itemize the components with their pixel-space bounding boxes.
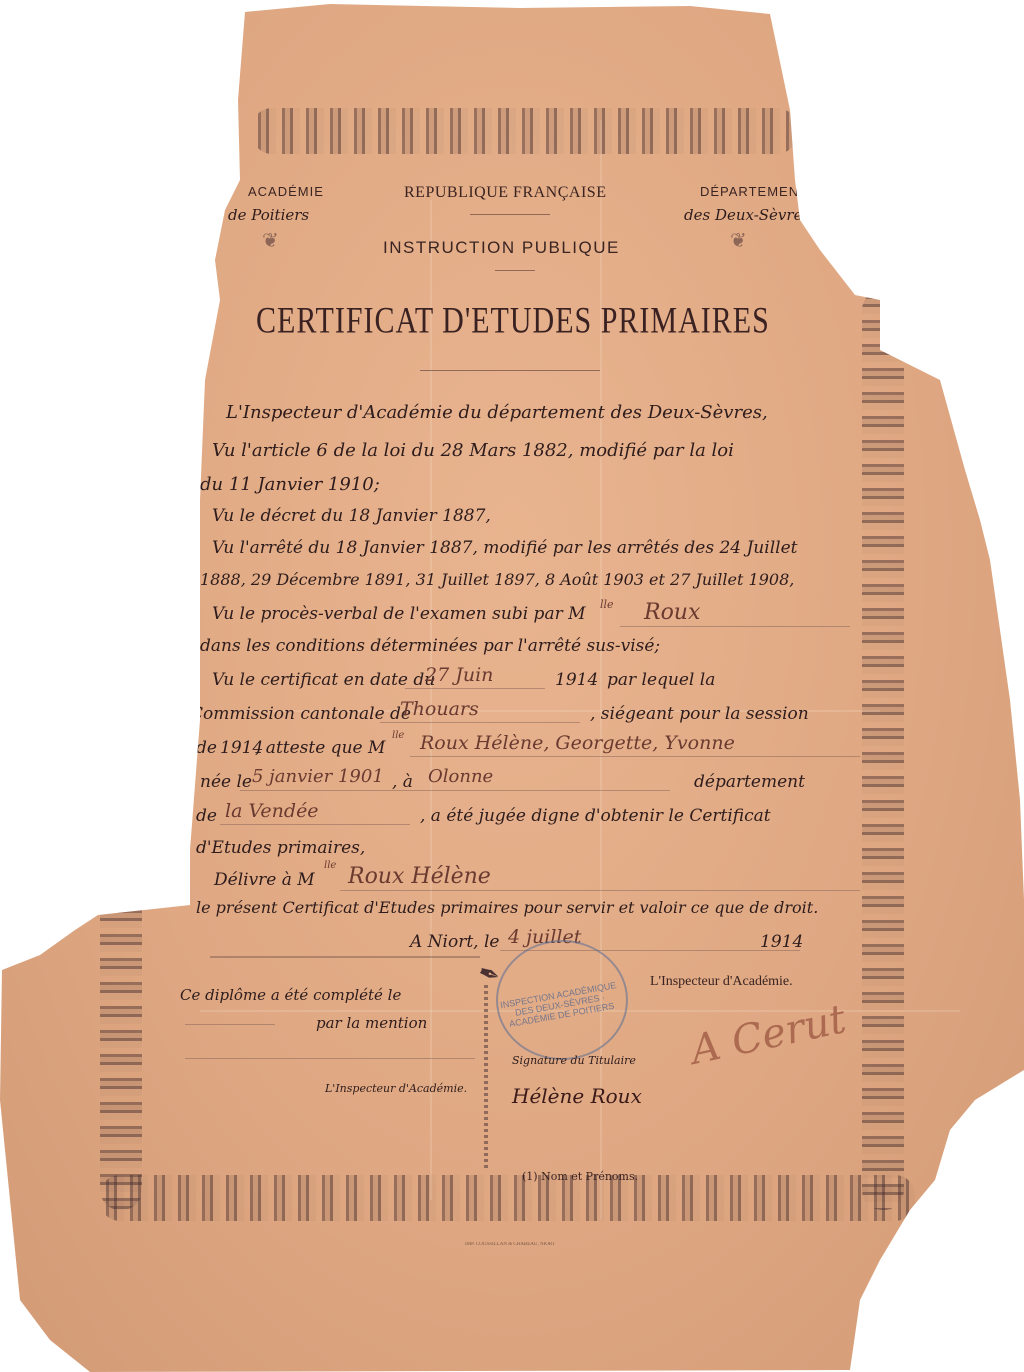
fill-line: [620, 626, 850, 627]
right-inspector-label: L'Inspecteur d'Académie.: [650, 974, 793, 990]
fill-line: [380, 722, 580, 723]
scroll-ornament-icon: ❦: [262, 228, 279, 253]
mention-line: par la mention: [316, 1014, 427, 1032]
republique-heading: REPUBLIQUE FRANÇAISE: [404, 184, 606, 202]
fill-line: [185, 1024, 275, 1025]
fill-line: [220, 824, 410, 825]
body-line: du 11 Janvier 1910;: [200, 474, 380, 495]
body-line: de: [196, 738, 217, 758]
body-line: L'Inspecteur d'Académie du département d…: [226, 402, 768, 423]
body-line: d'Etudes primaires,: [196, 838, 365, 858]
ornamental-border-right: [862, 290, 904, 1210]
ornamental-border-bottom: [100, 1175, 915, 1221]
handwritten-birth-date: 5 janvier 1901: [252, 766, 384, 787]
body-line: 1888, 29 Décembre 1891, 31 Juillet 1897,…: [200, 570, 794, 589]
academie-label: ACADÉMIE: [248, 184, 324, 199]
chain-divider: [210, 956, 480, 958]
ornamental-border-left: [100, 880, 142, 1210]
body-line: , à: [392, 772, 413, 792]
handwritten-department: la Vendée: [225, 800, 319, 822]
instruction-publique-heading: INSTRUCTION PUBLIQUE: [383, 238, 620, 258]
chain-divider-vertical: [484, 985, 488, 1170]
body-line: Vu le procès-verbal de l'examen subi par…: [212, 604, 586, 624]
title-divider: [420, 370, 600, 371]
handwritten-surname: Roux: [644, 600, 700, 625]
certificate-title: CERTIFICAT D'ETUDES PRIMAIRES: [256, 300, 770, 343]
handwritten-title: lle: [600, 598, 614, 611]
body-line: Délivre à M: [214, 870, 315, 890]
body-line: Vu le certificat en date du: [212, 670, 435, 690]
body-line: Vu le décret du 18 Janvier 1887,: [212, 506, 491, 526]
body-line: dans les conditions déterminées par l'ar…: [200, 636, 660, 656]
fill-line: [405, 688, 545, 689]
body-line: , atteste que M: [255, 738, 385, 758]
left-inspector-label: L'Inspecteur d'Académie.: [325, 1082, 467, 1095]
handwritten-title: lle: [324, 860, 336, 871]
holder-signature-label: Signature du Titulaire: [512, 1054, 636, 1067]
printer-imprint: IMP. COUSSILLAN & CHABEAU, NIORT: [465, 1242, 555, 1247]
handwritten-canton: Thouars: [400, 698, 479, 720]
body-line: Vu l'article 6 de la loi du 28 Mars 1882…: [212, 440, 734, 461]
body-line: Vu l'arrêté du 18 Janvier 1887, modifié …: [212, 538, 797, 558]
body-line: née le: [200, 772, 252, 792]
handwritten-birth-place: Olonne: [428, 766, 493, 787]
completion-line: Ce diplôme a été complété le: [180, 986, 401, 1004]
scroll-ornament-icon: ❦: [730, 228, 747, 253]
header-divider: [495, 270, 535, 271]
departement-name: des Deux-Sèvres: [684, 206, 810, 224]
body-line: , a été jugée digne d'obtenir le Certifi…: [420, 806, 771, 826]
header-divider: [470, 214, 550, 215]
ornamental-border-top: [252, 108, 797, 154]
body-line: Commission cantonale de: [190, 704, 411, 724]
fill-line: [410, 756, 860, 757]
certificate-paper: ACADÉMIE de Poitiers ❦ REPUBLIQUE FRANÇA…: [0, 0, 1024, 1372]
inspector-signature: A Cerut: [687, 996, 850, 1074]
departement-label: DÉPARTEMENT: [700, 184, 808, 199]
body-line: département: [694, 772, 805, 792]
fill-line: [185, 1058, 475, 1059]
fill-line: [340, 890, 860, 891]
body-line: , siégeant pour la session: [590, 704, 809, 724]
names-footnote: (1) Nom et Prénoms.: [522, 1170, 638, 1183]
body-line: le présent Certificat d'Etudes primaires…: [196, 898, 818, 917]
handwritten-exam-date: 27 Juin: [425, 664, 493, 686]
fill-line: [240, 790, 670, 791]
handwritten-full-name: Roux Hélène, Georgette, Yvonne: [420, 732, 735, 754]
handwritten-delivered-name: Roux Hélène: [348, 864, 491, 889]
handwritten-title: lle: [392, 730, 404, 741]
body-line: de: [196, 806, 217, 826]
academie-name: de Poitiers: [228, 206, 309, 224]
place-date-label: A Niort, le: [410, 932, 500, 952]
exam-year: 1914: [555, 670, 598, 690]
holder-signature: Hélène Roux: [512, 1084, 642, 1108]
body-line: par lequel la: [607, 670, 715, 690]
issue-year: 1914: [760, 932, 803, 952]
